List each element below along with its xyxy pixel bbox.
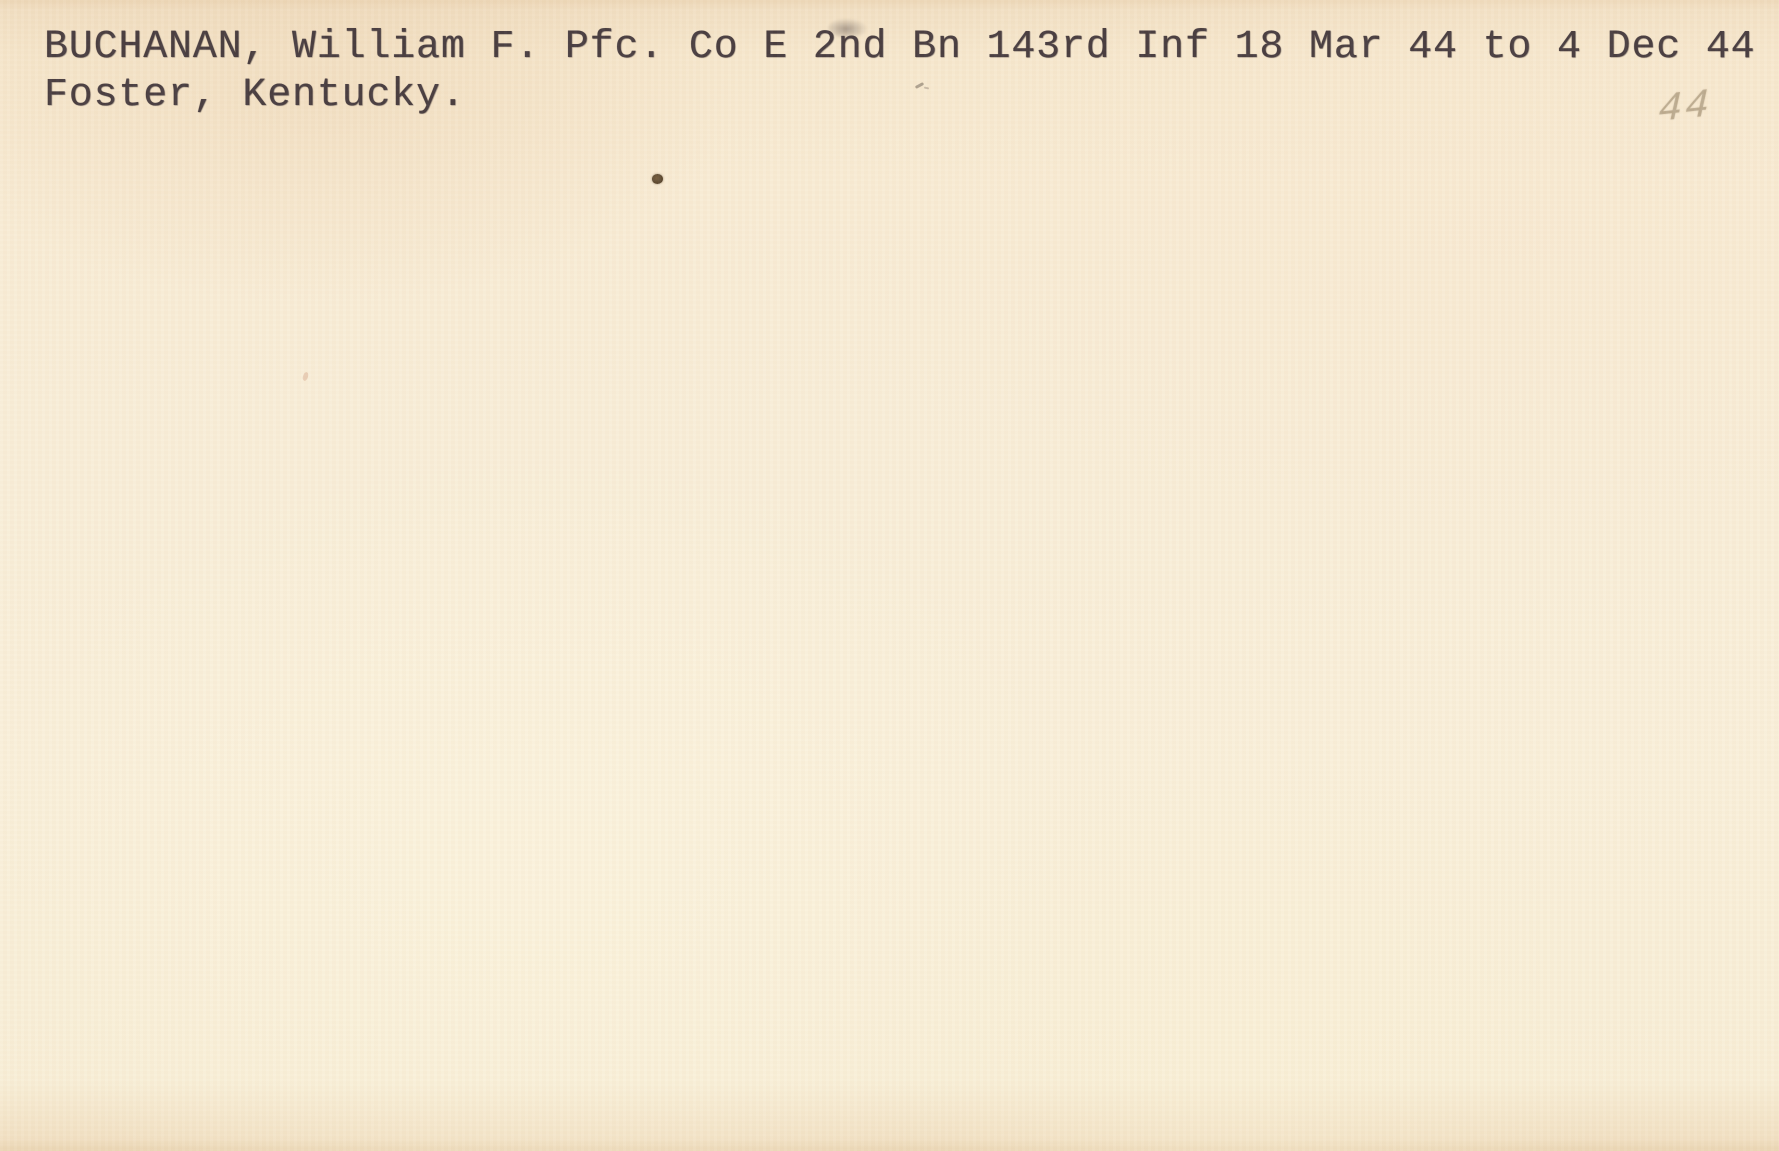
- ink-overstrike-smudge: [828, 18, 868, 38]
- index-card: BUCHANAN, William F. Pfc. Co E 2nd Bn 14…: [0, 0, 1779, 1151]
- faint-pencil-annotation: 44: [1657, 83, 1712, 134]
- paper-fiber-fleck: [302, 371, 310, 381]
- typed-line-hometown: Foster, Kentucky.: [44, 72, 1774, 120]
- paper-grain-texture: [0, 0, 1779, 1151]
- ink-dot-stain: [652, 174, 663, 184]
- typed-text-block: BUCHANAN, William F. Pfc. Co E 2nd Bn 14…: [44, 24, 1774, 120]
- typed-line-service-record: BUCHANAN, William F. Pfc. Co E 2nd Bn 14…: [44, 24, 1774, 72]
